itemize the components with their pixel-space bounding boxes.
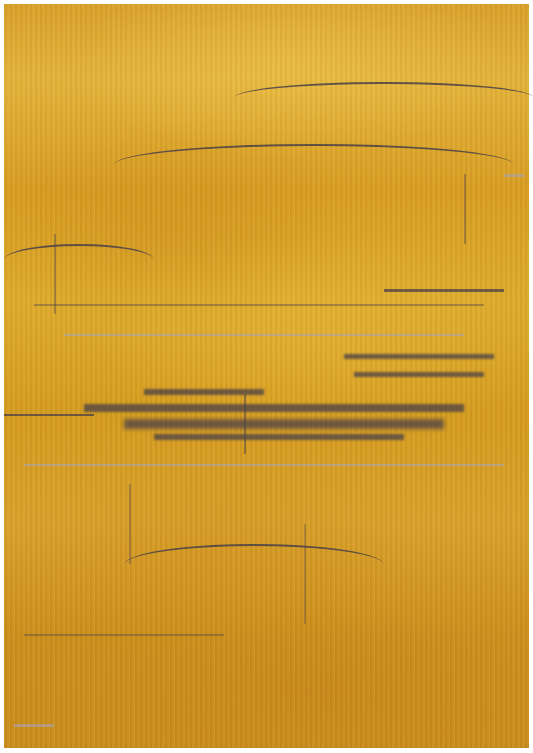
fleck (504, 174, 524, 177)
rug (4, 4, 529, 748)
curve-line (124, 544, 384, 586)
dark-streak (84, 404, 464, 412)
fleck (64, 334, 464, 336)
dark-tick (54, 234, 56, 314)
dark-streak (124, 419, 444, 429)
dark-tick (244, 394, 246, 454)
dark-tick (464, 174, 466, 244)
fleck (14, 724, 54, 727)
dark-streak (354, 372, 484, 377)
curve-line (114, 144, 514, 186)
curve-line (234, 82, 533, 114)
dark-tick (129, 484, 131, 564)
dark-streak (144, 389, 264, 395)
fleck (24, 464, 504, 466)
dark-streak (154, 434, 404, 440)
dark-streak (34, 304, 484, 306)
dark-streak (24, 634, 224, 636)
dark-streak (344, 354, 494, 359)
curve-line (4, 244, 154, 276)
dark-streak (384, 289, 504, 292)
dark-streak (4, 414, 94, 416)
dark-tick (304, 524, 306, 624)
